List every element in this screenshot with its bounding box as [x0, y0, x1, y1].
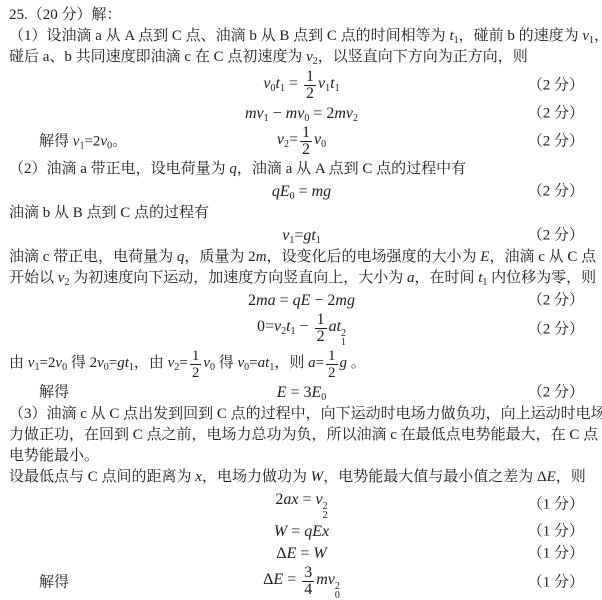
text-run: =: [179, 355, 187, 371]
part2-text-3: 油滴 c 带正电，电荷量为 q，质量为 2m，设变化后的电场强度的大小为 E，油…: [9, 247, 594, 268]
text-run: ，则: [556, 469, 586, 485]
math-variable: E: [547, 469, 556, 485]
solve-label: 解得 v1=2v0。: [39, 131, 127, 152]
text-run: 碰后 a、b 共同速度即油滴 c 在 C 点初速度为: [9, 49, 306, 65]
math-variable: mg: [312, 183, 332, 200]
equation-W: W = qEx（1 分）: [9, 521, 594, 542]
text-run: = 3: [286, 384, 311, 401]
text-run: 。: [112, 133, 127, 149]
part2-text-1: （2）油滴 a 带正电，设电荷量为 q，油滴 a 从 A 点到 C 点的过程中有: [9, 159, 594, 180]
text-run: 解得: [39, 574, 69, 590]
fraction: 34: [302, 565, 314, 598]
text-run: 25.（20 分）解：: [9, 7, 122, 23]
part3-text-3: 电势能最小。: [9, 446, 594, 467]
equation: qE0 = mg: [272, 183, 331, 200]
part2-text-2: 油滴 b 从 B 点到 C 点的过程有: [9, 203, 594, 224]
math-variable: qE: [293, 292, 311, 309]
text-run: ，: [594, 28, 602, 44]
text-run: =2: [84, 133, 100, 149]
text-run: 电势能最小。: [9, 448, 99, 464]
text-run: ，在时间: [414, 270, 478, 286]
score-badge: （2 分）: [528, 382, 584, 403]
text-run: 。: [347, 355, 366, 371]
math-variable: at: [329, 318, 341, 335]
subscript: 1: [316, 235, 321, 246]
text-run: Δ: [276, 545, 286, 562]
text-run: ，以竖直向下方向为正方向，则: [318, 49, 528, 65]
text-run: 解得: [39, 384, 69, 400]
text-run: ，油滴 a 从 A 点到 C 点的过程中有: [237, 161, 466, 177]
text-run: =: [316, 355, 324, 371]
subscript: 1: [335, 83, 340, 94]
math-variable: v: [263, 75, 270, 92]
equation: mv1 − mv0 = 2mv2: [245, 105, 358, 122]
text-run: − 2: [310, 292, 335, 309]
equation-deltaE-final: 解得ΔE = 34mv20（1 分）: [9, 565, 594, 600]
math-variable: W: [311, 469, 324, 485]
equation-momentum: mv1 − mv0 = 2mv2（2 分）: [9, 103, 594, 124]
equation: v2=12v0: [277, 131, 326, 148]
text-run: ，电场力做功为: [202, 469, 311, 485]
equation-v1gt1: v1=gt1（2 分）: [9, 225, 594, 246]
text-run: =: [285, 75, 302, 92]
text-run: = 2: [309, 105, 334, 122]
text-run: 为初速度向下运动，加速度方向竖直向上，大小为: [69, 270, 407, 286]
text-run: =2: [39, 355, 55, 371]
text-run: =: [295, 183, 312, 200]
score-badge: （2 分）: [528, 181, 584, 202]
math-variable: mv: [286, 105, 305, 122]
equation-v2: 解得 v1=2v0。v2=12v0（2 分）: [9, 125, 594, 158]
text-run: 力做正功，在回到 C 点之前，电场力总功为负，所以油滴 c 在最低点电势能最大，…: [9, 427, 598, 443]
fraction: 12: [326, 348, 338, 381]
math-variable: v: [203, 355, 210, 371]
equation: ΔE = W: [276, 545, 326, 562]
text-run: 2: [248, 292, 256, 309]
equation: W = qEx: [274, 523, 329, 540]
text-run: 得 2: [67, 355, 97, 371]
text-run: ，设变化后的电场强度的大小为: [267, 249, 481, 265]
text-run: =: [298, 491, 315, 508]
part1-text-2: 碰后 a、b 共同速度即油滴 c 在 C 点初速度为 v2，以竖直向下方向为正方…: [9, 47, 594, 68]
text-run: Δ: [263, 571, 273, 588]
part2-text-5: 由 v1=2v0 得 2v0=gt1，由 v2=12v0 得 v0=at1，则 …: [9, 348, 594, 381]
subscript: 2: [353, 113, 358, 124]
math-variable: gt: [303, 227, 315, 244]
part3-text-2: 力做正功，在回到 C 点之前，电场力总功为负，所以油滴 c 在最低点电势能最大，…: [9, 425, 594, 446]
score-badge: （2 分）: [528, 319, 584, 340]
math-variable: mv: [334, 105, 353, 122]
text-run: =: [296, 545, 313, 562]
text-run: ，电势能最大值与最小值之差为 Δ: [323, 469, 546, 485]
text-run: =: [249, 355, 257, 371]
math-variable: gt: [117, 355, 129, 371]
score-badge: （2 分）: [528, 131, 584, 152]
text-run: 内位移为零，则: [487, 270, 596, 286]
equation-qE0: qE0 = mg（2 分）: [9, 181, 594, 202]
equation: E = 3E0: [277, 384, 327, 401]
math-variable: qE: [272, 183, 290, 200]
sup-sub-stack: 20: [335, 582, 340, 600]
math-variable: ax: [283, 491, 298, 508]
fraction: 12: [300, 125, 312, 158]
math-variable: g: [340, 355, 348, 371]
math-variable: mg: [335, 292, 355, 309]
score-badge: （1 分）: [528, 572, 584, 593]
solve-label: 解得: [39, 382, 69, 403]
math-variable: q: [229, 161, 237, 177]
math-variable: mv: [316, 571, 335, 588]
equation-E3E0: 解得E = 3E0（2 分）: [9, 382, 594, 403]
text-run: 设最低点与 C 点间的距离为: [9, 469, 195, 485]
equation: v0t1 = 12v1t1: [263, 75, 339, 92]
math-variable: m: [256, 249, 267, 265]
text-run: ，由: [134, 355, 168, 371]
text-run: ，油滴 c 从 C 点: [489, 249, 596, 265]
equation: 2ma = qE − 2mg: [248, 292, 355, 309]
score-badge: （1 分）: [528, 494, 584, 515]
subscript: 0: [321, 139, 326, 150]
math-variable: W: [274, 523, 287, 540]
math-variable: qEx: [304, 523, 329, 540]
text-run: =: [276, 292, 293, 309]
math-variable: mv: [245, 105, 264, 122]
equation-v0t1: v0t1 = 12v1t1（2 分）: [9, 69, 594, 102]
text-run: 0=: [257, 318, 274, 335]
score-badge: （2 分）: [528, 290, 584, 311]
text-run: 油滴 b 从 B 点到 C 点的过程有: [9, 205, 209, 221]
math-variable: v: [316, 491, 323, 508]
text-run: ，质量为 2: [184, 249, 255, 265]
text-run: −: [269, 105, 286, 122]
equation: ΔE = 34mv20: [263, 571, 340, 588]
math-variable: E: [312, 384, 322, 401]
score-badge: （2 分）: [528, 225, 584, 246]
score-badge: （1 分）: [528, 543, 584, 564]
text-run: （2）油滴 a 带正电，设电荷量为: [9, 161, 229, 177]
math-variable: v: [97, 355, 104, 371]
part1-text-1: （1）设油滴 a 从 A 点到 C 点、油滴 b 从 B 点到 C 点的时间相等…: [9, 26, 594, 47]
math-variable: v: [277, 131, 284, 148]
text-run: 开始以: [9, 270, 58, 286]
text-run: =: [294, 227, 303, 244]
text-run: −: [296, 318, 313, 335]
math-variable: E: [273, 571, 283, 588]
math-variable: a: [308, 355, 316, 371]
solution-document: 25.（20 分）解：（1）设油滴 a 从 A 点到 C 点、油滴 b 从 B …: [0, 0, 602, 600]
equation-2ax: 2ax = v22（1 分）: [9, 489, 594, 520]
fraction: 12: [304, 69, 316, 102]
part2-text-4: 开始以 v2 为初速度向下运动，加速度方向竖直向上，大小为 a，在时间 t1 内…: [9, 268, 594, 289]
text-run: =: [283, 571, 300, 588]
equation-displacement: 0=v2t1 − 12at21（2 分）: [9, 312, 594, 347]
math-variable: E: [287, 545, 297, 562]
problem-header: 25.（20 分）解：: [9, 5, 594, 26]
math-variable: ma: [256, 292, 276, 309]
score-badge: （2 分）: [528, 75, 584, 96]
text-run: 解得: [39, 133, 73, 149]
text-run: ，则: [274, 355, 308, 371]
text-run: =: [289, 131, 298, 148]
equation-deltaE-W: ΔE = W（1 分）: [9, 543, 594, 564]
math-variable: x: [195, 469, 202, 485]
text-run: （3）油滴 c 从 C 点出发到回到 C 点的过程中，向下运动时电场力做负功，向…: [9, 406, 602, 422]
math-variable: v: [306, 49, 313, 65]
score-badge: （2 分）: [528, 103, 584, 124]
fraction: 12: [315, 312, 327, 345]
text-run: 油滴 c 带正电，电荷量为: [9, 249, 177, 265]
equation: v1=gt1: [282, 227, 321, 244]
math-variable: W: [313, 545, 326, 562]
part3-text-4: 设最低点与 C 点间的距离为 x，电场力做功为 W，电势能最大值与最小值之差为 …: [9, 467, 594, 488]
text-run: =: [287, 523, 304, 540]
fraction: 12: [190, 348, 202, 381]
solve-label: 解得: [39, 572, 69, 593]
math-variable: at: [258, 355, 270, 371]
score-badge: （1 分）: [528, 521, 584, 542]
text-run: ，碰前 b 的速度为: [459, 28, 583, 44]
text-run: =: [109, 355, 117, 371]
text-run: （1）设油滴 a 从 A 点到 C 点、油滴 b 从 B 点到 C 点的时间相等…: [9, 28, 449, 44]
sup-sub-stack: 22: [323, 502, 328, 520]
subscript: 0: [321, 392, 326, 403]
equation: 0=v2t1 − 12at21: [257, 318, 346, 335]
equation-2ma: 2ma = qE − 2mg（2 分）: [9, 290, 594, 311]
equation: 2ax = v22: [275, 491, 327, 508]
text-run: 得: [215, 355, 238, 371]
sup-sub-stack: 21: [341, 329, 346, 347]
text-run: 由: [9, 355, 28, 371]
part3-text-1: （3）油滴 c 从 C 点出发到回到 C 点的过程中，向下运动时电场力做负功，向…: [9, 404, 594, 425]
